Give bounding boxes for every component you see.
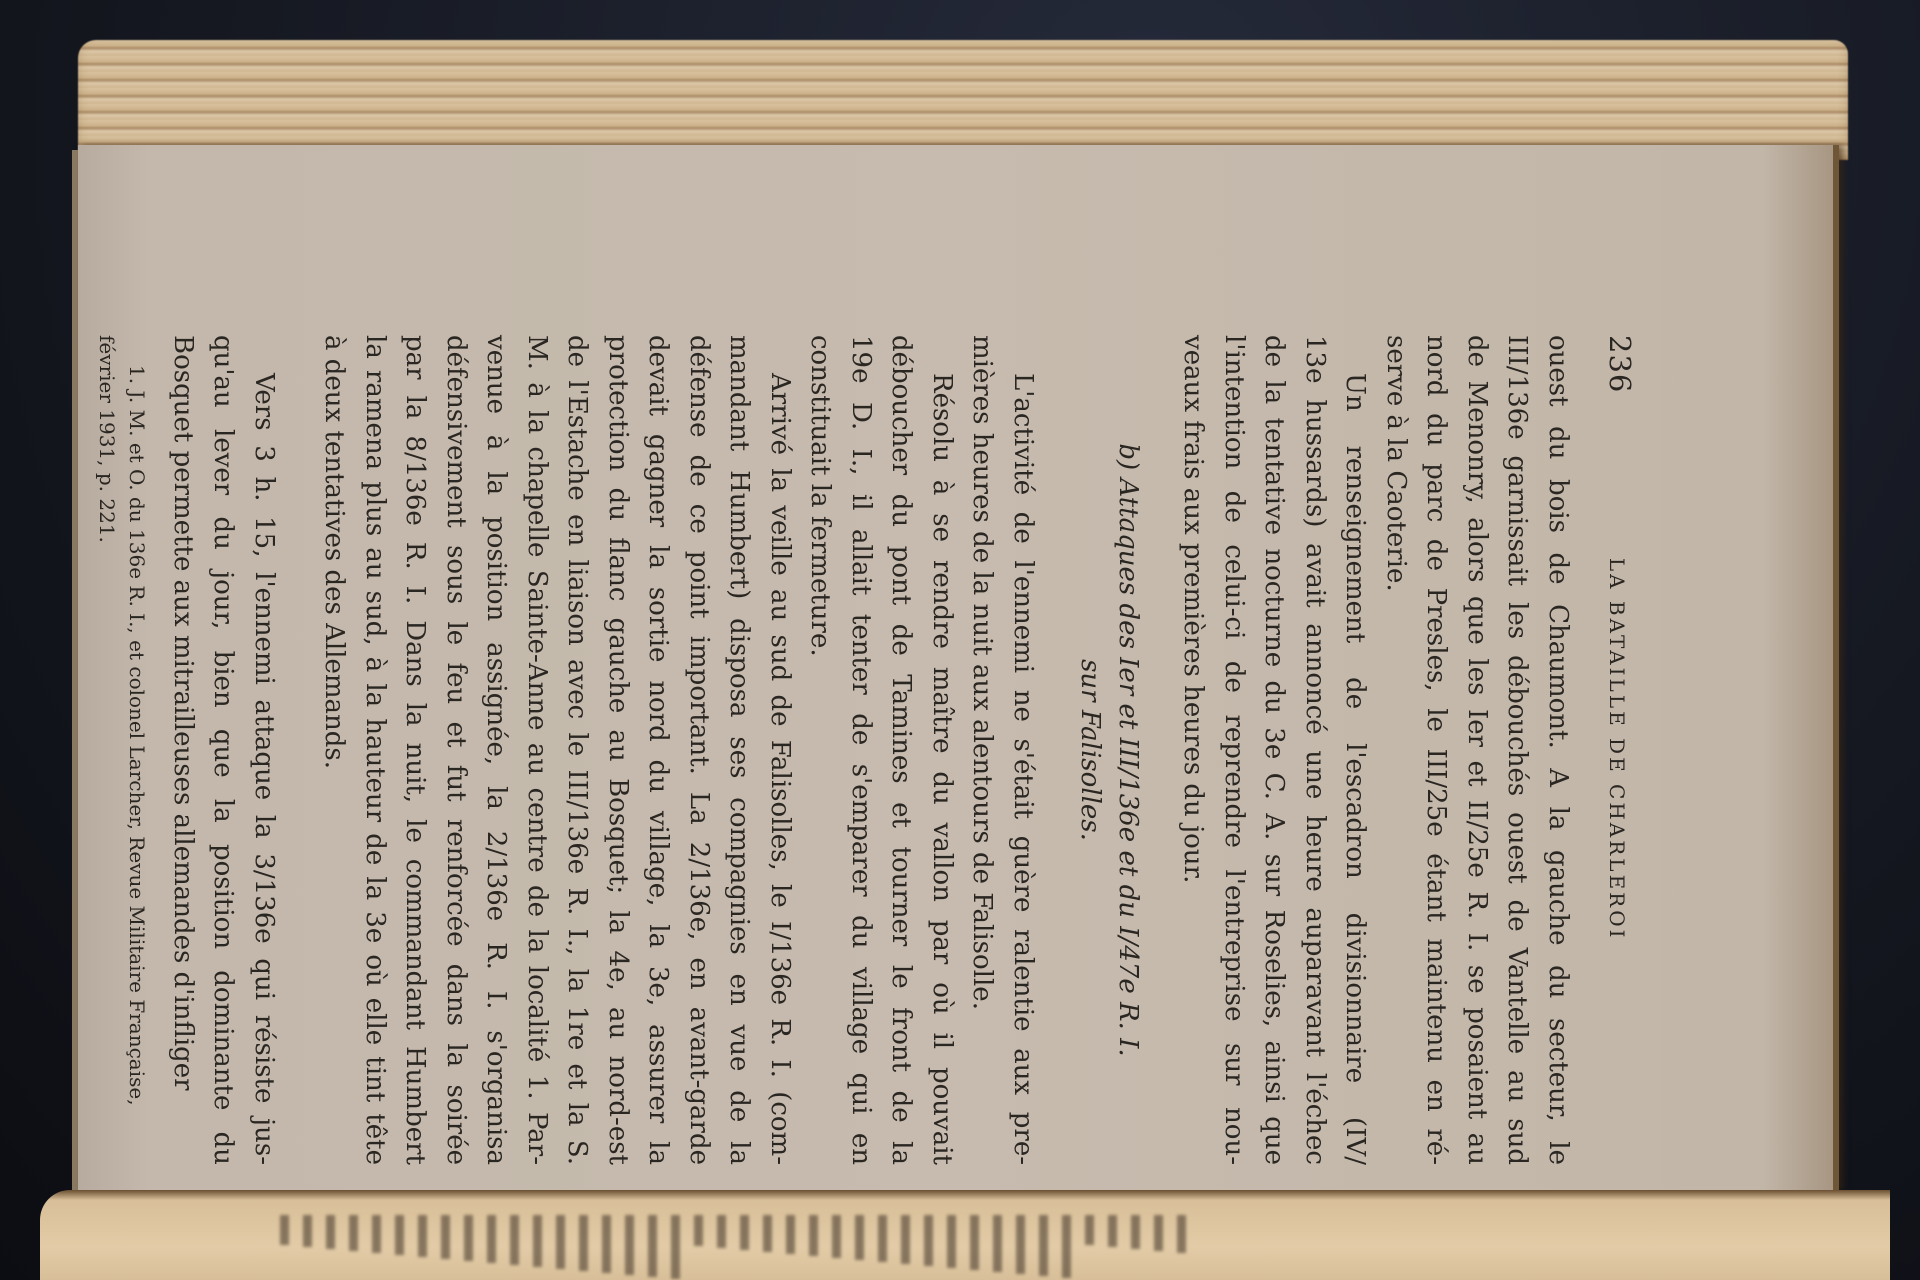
blurred-text-line bbox=[855, 1215, 864, 1260]
rotated-text-block: 236 LA BATAILLE DE CHARLEROI ouest du bo… bbox=[280, 335, 1640, 1165]
blurred-text-line bbox=[625, 1215, 634, 1275]
text-line: par la 8/136e R. I. Dans la nuit, le com… bbox=[395, 335, 436, 1165]
text-line: de la tentative nocturne du 3e C. A. sur… bbox=[1254, 335, 1295, 1165]
text-line: 13e hussards) avait annoncé une heure au… bbox=[1295, 335, 1336, 1165]
text-line: devait gagner la sortie nord du village,… bbox=[638, 335, 679, 1165]
text-line: de Menonry, alors que les Ier et II/25e … bbox=[1457, 335, 1498, 1165]
blurred-text-line bbox=[602, 1215, 611, 1273]
body-text-after-heading: L'activité de l'ennemi ne s'était guère … bbox=[163, 335, 1044, 1165]
text-line: Un renseignement de l'escadron divisionn… bbox=[1335, 335, 1376, 1165]
text-line: venue à la position assignée, la 2/136e … bbox=[476, 335, 517, 1165]
text-line: III/136e garnissait les débouchés ouest … bbox=[1497, 335, 1538, 1165]
blurred-text-line bbox=[1085, 1215, 1094, 1245]
text-line: Arrivé la veille au sud de Falisolles, l… bbox=[760, 335, 801, 1165]
running-title: LA BATAILLE DE CHARLEROI bbox=[1597, 558, 1638, 941]
blurred-text-line bbox=[1154, 1215, 1163, 1251]
text-line: M. à la chapelle Sainte-Anne au centre d… bbox=[517, 335, 558, 1165]
blurred-text-line bbox=[395, 1215, 404, 1255]
text-line: mières heures de la nuit aux alentours d… bbox=[962, 335, 1003, 1165]
text-line: serve à la Caoterie. bbox=[1376, 335, 1417, 1165]
blurred-text-line bbox=[694, 1215, 703, 1246]
blurred-text-line bbox=[326, 1215, 335, 1249]
blurred-text-line bbox=[1131, 1215, 1140, 1249]
text-line: veaux frais aux premières heures du jour… bbox=[1173, 335, 1214, 1165]
underlying-page-blurred-text bbox=[280, 1215, 1680, 1280]
text-line: Bosquet permette aux mitrailleuses allem… bbox=[163, 335, 204, 1165]
running-head: 236 LA BATAILLE DE CHARLEROI bbox=[1592, 335, 1640, 1165]
blurred-text-line bbox=[1062, 1215, 1071, 1278]
section-heading-line-2: sur Falisolles. bbox=[1071, 335, 1109, 1165]
blurred-text-line bbox=[349, 1215, 358, 1251]
blurred-text-line bbox=[671, 1215, 680, 1279]
blurred-text-line bbox=[303, 1215, 312, 1247]
text-line: mandant Humbert) disposa ses compagnies … bbox=[719, 335, 760, 1165]
text-line: à deux tentatives des Allemands. bbox=[314, 335, 355, 1165]
blurred-text-line bbox=[740, 1215, 749, 1250]
blurred-text-line bbox=[372, 1215, 381, 1253]
footnote: 1. J. M. et O. du 136e R. I., et colonel… bbox=[93, 335, 153, 1165]
blurred-text-line bbox=[878, 1215, 887, 1262]
blurred-text-line bbox=[510, 1215, 519, 1265]
text-line: de l'Estache en liaison avec le III/136e… bbox=[557, 335, 598, 1165]
blurred-text-line bbox=[1016, 1215, 1025, 1274]
blurred-text-line bbox=[832, 1215, 841, 1258]
blurred-text-line bbox=[901, 1215, 910, 1264]
blurred-text-line bbox=[556, 1215, 565, 1269]
text-line: constituait la fermeture. bbox=[800, 335, 841, 1165]
blurred-text-line bbox=[993, 1215, 1002, 1272]
footnote-line: 1. J. M. et O. du 136e R. I., et colonel… bbox=[123, 335, 153, 1165]
blurred-text-line bbox=[763, 1215, 772, 1252]
blurred-text-line bbox=[533, 1215, 542, 1267]
text-line: la ramena plus au sud, à la hauteur de l… bbox=[355, 335, 396, 1165]
page-number: 236 bbox=[1600, 335, 1641, 393]
section-heading: b) Attaques des Ier et III/136e et du I/… bbox=[1071, 335, 1147, 1165]
text-line: Résolu à se rendre maître du vallon par … bbox=[922, 335, 963, 1165]
blurred-text-line bbox=[717, 1215, 726, 1248]
blurred-text-line bbox=[418, 1215, 427, 1257]
body-text-before-heading: ouest du bois de Chaumont. A la gauche d… bbox=[1173, 335, 1578, 1165]
paragraph-spacer bbox=[284, 335, 314, 1165]
blurred-text-line bbox=[487, 1215, 496, 1263]
blurred-text-line bbox=[970, 1215, 979, 1270]
text-line: 19e D. I., il allait tenter de s'emparer… bbox=[841, 335, 882, 1165]
blurred-text-line bbox=[947, 1215, 956, 1268]
blurred-text-line bbox=[648, 1215, 657, 1277]
text-line: ouest du bois de Chaumont. A la gauche d… bbox=[1538, 335, 1579, 1165]
blurred-text-line bbox=[1108, 1215, 1117, 1247]
text-line: protection du flanc gauche au Bosquet; l… bbox=[598, 335, 639, 1165]
text-line: défense de ce point important. La 2/136e… bbox=[679, 335, 720, 1165]
text-line: qu'au lever du jour, bien que la positio… bbox=[203, 335, 244, 1165]
blurred-text-line bbox=[1039, 1215, 1048, 1276]
blurred-text-line bbox=[924, 1215, 933, 1266]
text-line: nord du parc de Presles, le III/25e étan… bbox=[1416, 335, 1457, 1165]
section-heading-line-1: b) Attaques des Ier et III/136e et du I/… bbox=[1109, 335, 1147, 1165]
blurred-text-line bbox=[280, 1215, 289, 1245]
text-line: L'activité de l'ennemi ne s'était guère … bbox=[1003, 335, 1044, 1165]
text-line: défensivement sous le feu et fut renforc… bbox=[436, 335, 477, 1165]
text-line: déboucher du pont de Tamines et tourner … bbox=[881, 335, 922, 1165]
blurred-text-line bbox=[1177, 1215, 1186, 1253]
blurred-text-line bbox=[464, 1215, 473, 1261]
blurred-text-line bbox=[786, 1215, 795, 1254]
blurred-text-line bbox=[579, 1215, 588, 1271]
blurred-text-line bbox=[441, 1215, 450, 1259]
page-block-top-edge bbox=[78, 40, 1848, 160]
text-line: l'intention de celui-ci de reprendre l'e… bbox=[1214, 335, 1255, 1165]
text-line: Vers 3 h. 15, l'ennemi attaque la 3/136e… bbox=[244, 335, 285, 1165]
blurred-text-line bbox=[809, 1215, 818, 1256]
footnote-line: février 1931, p. 221. bbox=[93, 335, 123, 1165]
